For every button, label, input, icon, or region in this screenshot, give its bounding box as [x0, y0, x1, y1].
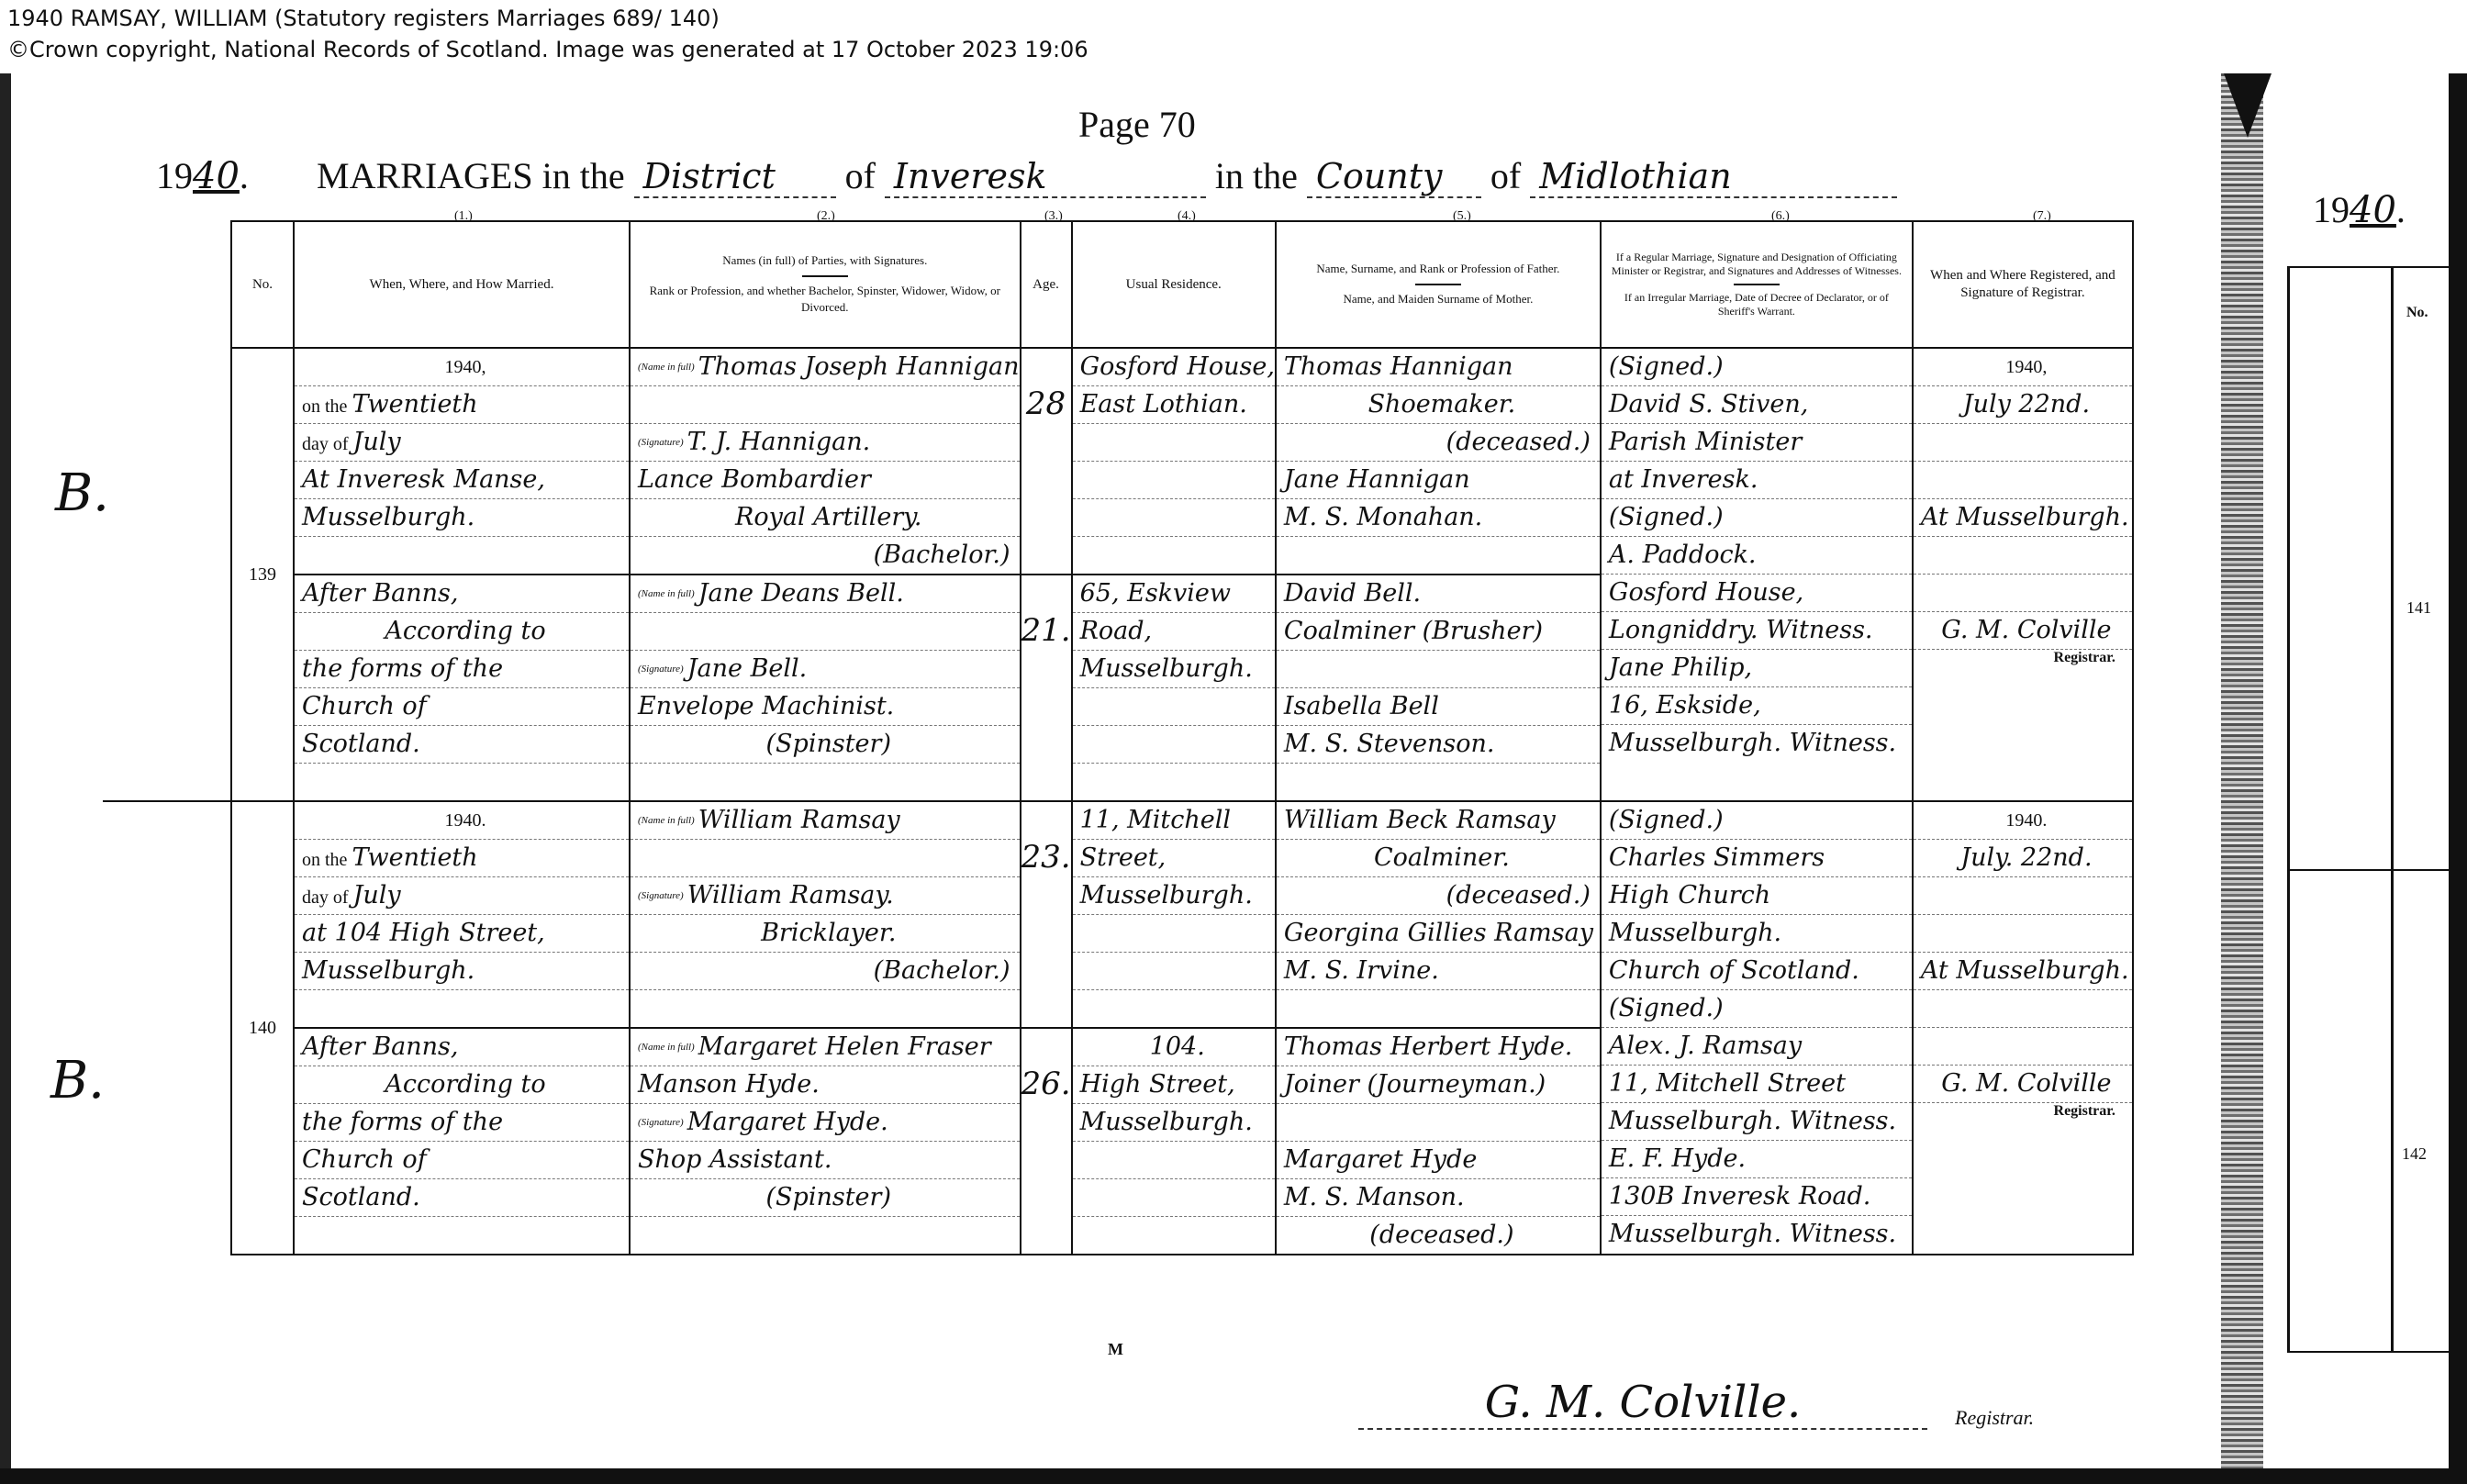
- residence-line: 11, Mitchell: [1073, 802, 1275, 840]
- witness-line: 16, Eskside,: [1602, 687, 1912, 725]
- residence-line: 104.: [1073, 1029, 1275, 1066]
- witness-line: (Signed.): [1602, 990, 1912, 1028]
- witness-line: Musselburgh. Witness.: [1602, 725, 1912, 762]
- residence-line: Street,: [1073, 840, 1275, 877]
- entry-number: 139: [231, 348, 294, 801]
- groom-rank: Bricklayer.: [631, 915, 1020, 953]
- marriage-place: At Inveresk Manse,: [295, 462, 629, 499]
- father-rank: Shoemaker.: [1277, 386, 1600, 424]
- groom-name: (Name in full)William Ramsay: [631, 802, 1020, 840]
- marriage-year: 1940,: [295, 349, 629, 386]
- groom-age-cell: 23.: [1021, 801, 1072, 1028]
- residence-line: Musselburgh.: [1073, 1104, 1275, 1142]
- marriage-month: day of July: [295, 424, 629, 462]
- groom-signature: (Signature)T. J. Hannigan.: [631, 424, 1020, 462]
- manner-line: Church of: [295, 1142, 629, 1179]
- register-entry-139: 139 1940, on the Twentieth day of July A…: [103, 348, 2133, 575]
- father-name: David Bell.: [1277, 575, 1600, 613]
- bride-parents-cell: David Bell. Coalminer (Brusher) Isabella…: [1276, 575, 1601, 801]
- header-residence: Usual Residence.: [1072, 221, 1276, 348]
- registration-date: July. 22nd.: [1914, 840, 2132, 877]
- registration-place: At Musselburgh.: [1914, 953, 2132, 990]
- bride-signature: (Signature)Jane Bell.: [631, 651, 1020, 688]
- manner-line: the forms of the: [295, 651, 629, 688]
- groom-name: (Name in full)Thomas Joseph Hannigan: [631, 349, 1020, 386]
- header-when-where: When, Where, and How Married.: [294, 221, 630, 348]
- registration-cell: 1940, July 22nd. At Musselburgh. G. M. C…: [1913, 348, 2133, 801]
- registration-place: At Musselburgh.: [1914, 499, 2132, 537]
- father-name: Thomas Hannigan: [1277, 349, 1600, 386]
- groom-rank-2: Royal Artillery.: [631, 499, 1020, 537]
- header-names: Names (in full) of Parties, with Signatu…: [630, 221, 1021, 348]
- manner-line: Scotland.: [295, 1179, 629, 1217]
- bride-rank: Shop Assistant.: [631, 1142, 1020, 1179]
- manner-line: According to: [295, 1066, 629, 1104]
- bride-age-cell: 26.: [1021, 1028, 1072, 1255]
- witness-line: E. F. Hyde.: [1602, 1141, 1912, 1178]
- year-prefix: 19: [156, 155, 193, 196]
- manner-line: According to: [295, 613, 629, 651]
- facing-page-year: 1940.: [2313, 188, 2406, 231]
- residence-line: Musselburgh.: [1073, 651, 1275, 688]
- witness-line: Gosford House,: [1602, 575, 1912, 612]
- header-age: Age.: [1021, 221, 1072, 348]
- father-rank: Joiner (Journeyman.): [1277, 1066, 1600, 1104]
- officiant-line: (Signed.): [1602, 499, 1912, 537]
- groom-age: 23.: [1021, 802, 1071, 1022]
- mother-maiden-name: M. S. Stevenson.: [1277, 726, 1600, 764]
- of-label: of: [845, 155, 876, 196]
- facing-page-entry: 141: [2406, 598, 2431, 618]
- facing-page-entry: 142: [2402, 1144, 2427, 1164]
- bride-cell: (Name in full)Margaret Helen Fraser Mans…: [630, 1028, 1021, 1255]
- officiant-line: (Signed.): [1602, 802, 1912, 840]
- witness-line: Musselburgh. Witness.: [1602, 1216, 1912, 1253]
- groom-rank: Lance Bombardier: [631, 462, 1020, 499]
- groom-status: (Bachelor.): [631, 953, 1020, 990]
- county-type: County: [1307, 156, 1481, 198]
- when-where-cell: 1940. on the Twentieth day of July at 10…: [294, 801, 630, 1028]
- margin-mark: B.: [55, 463, 109, 523]
- groom-cell: (Name in full)William Ramsay (Signature)…: [630, 801, 1021, 1028]
- groom-parents-cell: Thomas Hannigan Shoemaker. (deceased.) J…: [1276, 348, 1601, 575]
- facing-page-table: No. 141 142: [2287, 266, 2449, 1353]
- bride-status: (Spinster): [631, 726, 1020, 764]
- officiant-line: Charles Simmers: [1602, 840, 1912, 877]
- marriage-register-table: No. When, Where, and How Married. Names …: [103, 220, 2134, 1255]
- marriage-place-town: Musselburgh.: [295, 953, 629, 990]
- bride-name-2: Manson Hyde.: [631, 1066, 1020, 1104]
- scan-bottom-edge: [0, 1468, 2467, 1484]
- of-label-2: of: [1490, 155, 1521, 196]
- binding-mark: [2224, 73, 2272, 138]
- manner-line: Scotland.: [295, 726, 629, 764]
- witness-line: Musselburgh. Witness.: [1602, 1103, 1912, 1141]
- witness-line: Alex. J. Ramsay: [1602, 1028, 1912, 1066]
- father-rank: Coalminer.: [1277, 840, 1600, 877]
- father-name: Thomas Herbert Hyde.: [1277, 1029, 1600, 1066]
- registrar-label: Registrar.: [1914, 650, 2132, 675]
- registrar-label: Registrar.: [1914, 1103, 2132, 1129]
- register-entry-140: 140 1940. on the Twentieth day of July a…: [103, 801, 2133, 1028]
- heading-text-2: in the: [1215, 155, 1298, 196]
- witness-line: 130B Inveresk Road.: [1602, 1178, 1912, 1216]
- registration-year: 1940.: [1914, 802, 2132, 840]
- bride-rank: Envelope Machinist.: [631, 688, 1020, 726]
- officiant-line: Church of Scotland.: [1602, 953, 1912, 990]
- groom-age: 28: [1021, 349, 1071, 569]
- page-left-edge: [0, 73, 11, 1484]
- heading-text: MARRIAGES in the: [317, 155, 625, 196]
- bride-signature: (Signature)Margaret Hyde.: [631, 1104, 1020, 1142]
- residence-line: 65, Eskview: [1073, 575, 1275, 613]
- marriage-place: at 104 High Street,: [295, 915, 629, 953]
- page-number: Page 70: [1078, 103, 1196, 146]
- county-name: Midlothian: [1530, 156, 1897, 198]
- register-heading: MARRIAGES in the District of Inveresk in…: [317, 154, 1897, 198]
- registrar-footer-signature: G. M. Colville.: [1358, 1377, 1927, 1430]
- mother-name: Margaret Hyde: [1277, 1142, 1600, 1179]
- year-suffix: 40: [193, 155, 240, 197]
- manner-cell: After Banns, According to the forms of t…: [294, 1028, 630, 1255]
- marriage-month: day of July: [295, 877, 629, 915]
- facing-page-no-header: No.: [2406, 305, 2428, 321]
- manner-line: After Banns,: [295, 575, 629, 613]
- officiant-line: David S. Stiven,: [1602, 386, 1912, 424]
- marriage-day: on the Twentieth: [295, 840, 629, 877]
- groom-age-cell: 28: [1021, 348, 1072, 575]
- bride-residence-cell: 104. High Street, Musselburgh.: [1072, 1028, 1276, 1255]
- officiant-line: (Signed.): [1602, 349, 1912, 386]
- groom-signature: (Signature)William Ramsay.: [631, 877, 1020, 915]
- register-year: 1940.: [156, 154, 249, 197]
- header-no: No.: [231, 221, 294, 348]
- header-parents: Name, Surname, and Rank or Profession of…: [1276, 221, 1601, 348]
- mother-maiden-name: M. S. Manson.: [1277, 1179, 1600, 1217]
- registration-year: 1940,: [1914, 349, 2132, 386]
- father-rank: Coalminer (Brusher): [1277, 613, 1600, 651]
- registrar-signature: G. M. Colville: [1914, 1066, 2132, 1103]
- witness-line: Jane Philip,: [1602, 650, 1912, 687]
- marriage-year: 1940.: [295, 802, 629, 840]
- header-registered: When and Where Registered, and Signature…: [1913, 221, 2133, 348]
- manner-line: After Banns,: [295, 1029, 629, 1066]
- district-name: Inveresk: [885, 156, 1206, 198]
- marriage-place-town: Musselburgh.: [295, 499, 629, 537]
- manner-line: Church of: [295, 688, 629, 726]
- witness-line: A. Paddock.: [1602, 537, 1912, 575]
- registration-date: July 22nd.: [1914, 386, 2132, 424]
- when-where-cell: 1940, on the Twentieth day of July At In…: [294, 348, 630, 575]
- copyright-notice: ©Crown copyright, National Records of Sc…: [7, 37, 1088, 62]
- bride-age-cell: 21.: [1021, 575, 1072, 801]
- bride-name: (Name in full)Margaret Helen Fraser: [631, 1029, 1020, 1066]
- page-right-edge: [2449, 73, 2467, 1484]
- manner-line: the forms of the: [295, 1104, 629, 1142]
- registrar-footer-label: Registrar.: [1955, 1406, 2034, 1430]
- mother-maiden-name: M. S. Monahan.: [1277, 499, 1600, 537]
- father-name: William Beck Ramsay: [1277, 802, 1600, 840]
- mother-note: (deceased.): [1277, 1217, 1600, 1254]
- page-mark: M: [1108, 1340, 1123, 1359]
- officiant-cell: (Signed.) David S. Stiven, Parish Minist…: [1601, 348, 1913, 801]
- father-note: (deceased.): [1277, 424, 1600, 462]
- groom-parents-cell: William Beck Ramsay Coalminer. (deceased…: [1276, 801, 1601, 1028]
- witness-line: Longniddry. Witness.: [1602, 612, 1912, 650]
- column-header-row: No. When, Where, and How Married. Names …: [103, 221, 2133, 348]
- residence-line: High Street,: [1073, 1066, 1275, 1104]
- bride-cell: (Name in full)Jane Deans Bell. (Signatur…: [630, 575, 1021, 801]
- registrar-signature: G. M. Colville: [1914, 612, 2132, 650]
- mother-name: Jane Hannigan: [1277, 462, 1600, 499]
- residence-line: Gosford House,: [1073, 349, 1275, 386]
- groom-cell: (Name in full)Thomas Joseph Hannigan (Si…: [630, 348, 1021, 575]
- manner-cell: After Banns, According to the forms of t…: [294, 575, 630, 801]
- residence-line: Road,: [1073, 613, 1275, 651]
- bride-age: 21.: [1021, 575, 1071, 796]
- bride-status: (Spinster): [631, 1179, 1020, 1217]
- groom-residence-cell: Gosford House, East Lothian.: [1072, 348, 1276, 575]
- officiant-line: Musselburgh.: [1602, 915, 1912, 953]
- officiant-line: at Inveresk.: [1602, 462, 1912, 499]
- witness-line: 11, Mitchell Street: [1602, 1066, 1912, 1103]
- record-title: 1940 RAMSAY, WILLIAM (Statutory register…: [7, 6, 720, 31]
- mother-maiden-name: M. S. Irvine.: [1277, 953, 1600, 990]
- marriage-day: on the Twentieth: [295, 386, 629, 424]
- book-spine: [2221, 73, 2263, 1484]
- officiant-line: High Church: [1602, 877, 1912, 915]
- bride-residence-cell: 65, Eskview Road, Musselburgh.: [1072, 575, 1276, 801]
- margin-mark: B.: [50, 1051, 105, 1110]
- officiant-cell: (Signed.) Charles Simmers High Church Mu…: [1601, 801, 1913, 1255]
- groom-residence-cell: 11, Mitchell Street, Musselburgh.: [1072, 801, 1276, 1028]
- mother-name: Isabella Bell: [1277, 688, 1600, 726]
- entry-number: 140: [231, 801, 294, 1255]
- registration-cell: 1940. July. 22nd. At Musselburgh. G. M. …: [1913, 801, 2133, 1255]
- residence-line: East Lothian.: [1073, 386, 1275, 424]
- officiant-line: Parish Minister: [1602, 424, 1912, 462]
- bride-name: (Name in full)Jane Deans Bell.: [631, 575, 1020, 613]
- header-officiant: If a Regular Marriage, Signature and Des…: [1601, 221, 1913, 348]
- bride-age: 26.: [1021, 1029, 1071, 1249]
- mother-name: Georgina Gillies Ramsay: [1277, 915, 1600, 953]
- father-note: (deceased.): [1277, 877, 1600, 915]
- district-type: District: [634, 156, 836, 198]
- bride-parents-cell: Thomas Herbert Hyde. Joiner (Journeyman.…: [1276, 1028, 1601, 1255]
- residence-line: Musselburgh.: [1073, 877, 1275, 915]
- groom-status: (Bachelor.): [631, 537, 1020, 574]
